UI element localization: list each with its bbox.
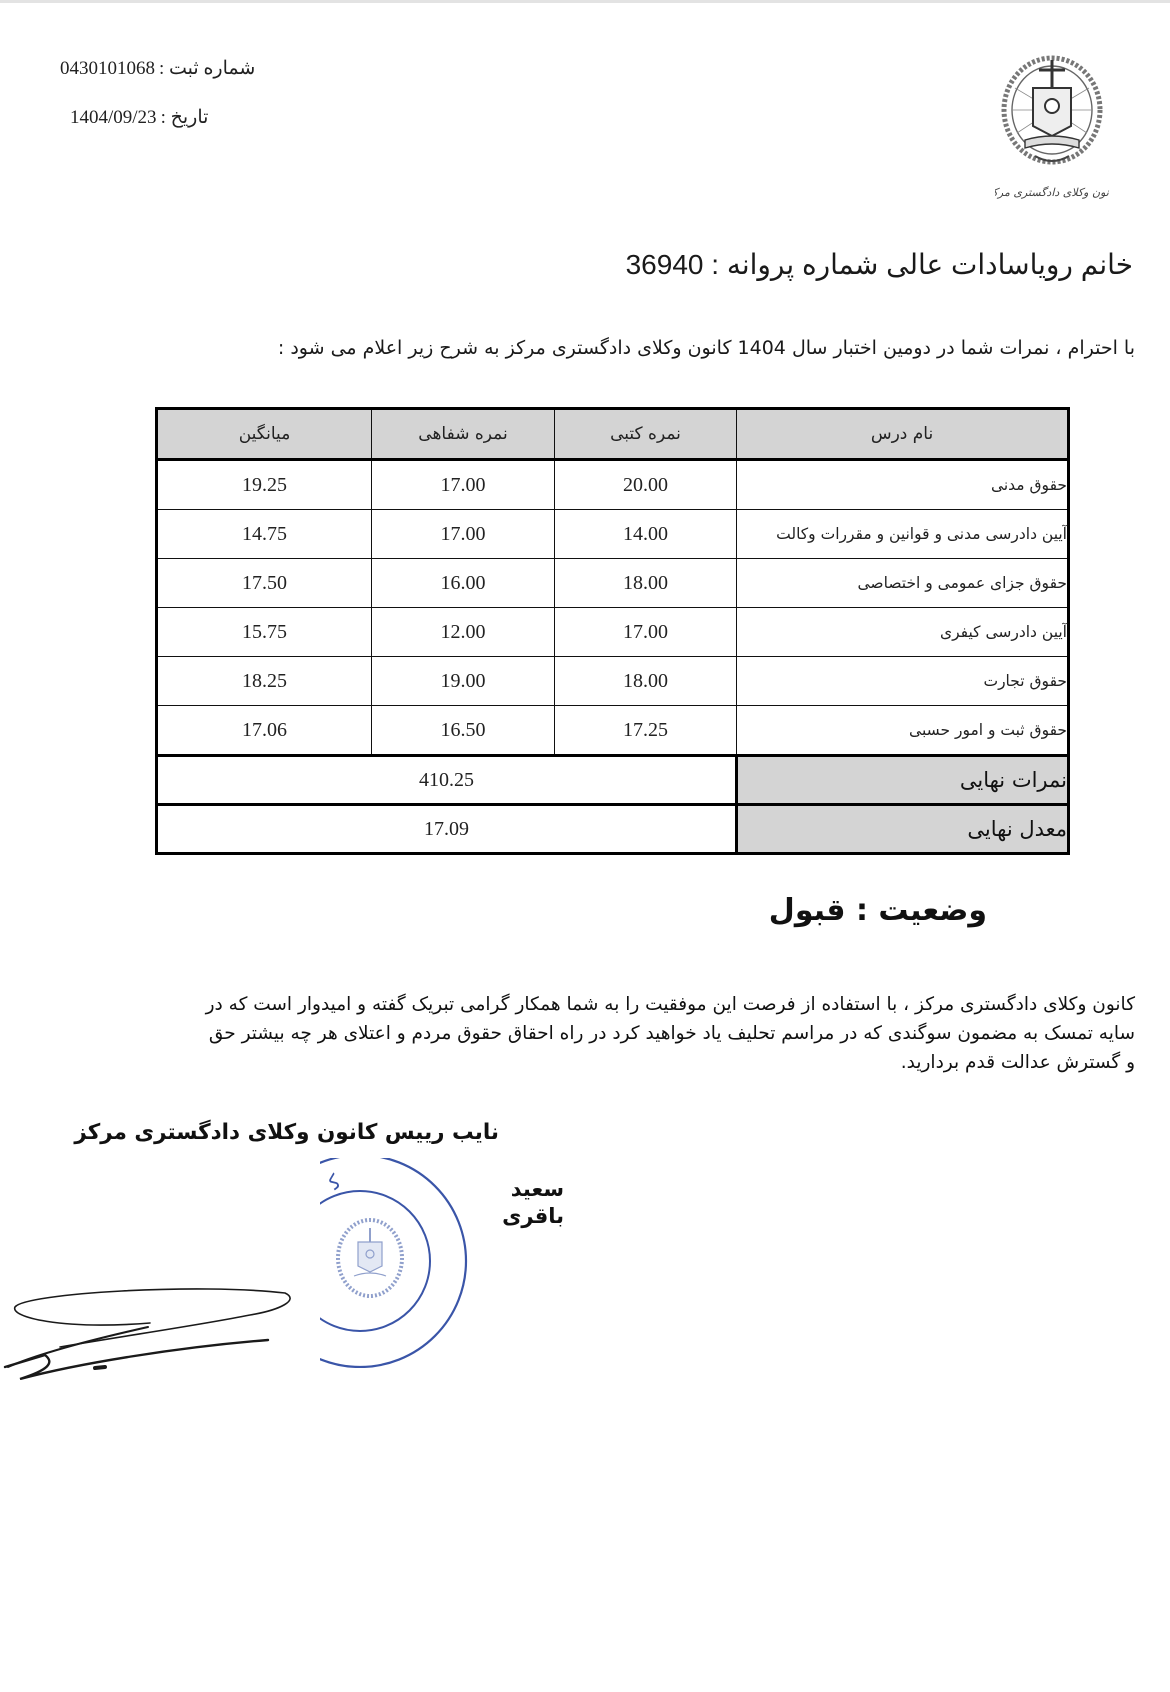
subject-cell: حقوق جزای عمومی و اختصاصی (737, 559, 1069, 608)
signatory-last-name: باقری (492, 1203, 564, 1230)
subject-cell: حقوق ثبت و امور حسبی (737, 706, 1069, 756)
written-score-cell: 14.00 (555, 510, 737, 559)
subject-cell: حقوق تجارت (737, 657, 1069, 706)
average-score-cell: 15.75 (157, 608, 372, 657)
table-row: حقوق تجارت 18.00 19.00 18.25 (157, 657, 1069, 706)
stamp-text: کانون وکلای دادگستری (320, 1158, 346, 1195)
column-header-oral: نمره شفاهی (372, 409, 555, 460)
average-score-cell: 17.50 (157, 559, 372, 608)
subject-cell: آیین دادرسی کیفری (737, 608, 1069, 657)
logo-caption: کانون وکلای دادگستری مرکز (995, 186, 1110, 199)
date-label: تاریخ : (161, 107, 209, 128)
final-average-value: 17.09 (157, 805, 737, 854)
written-score-cell: 20.00 (555, 460, 737, 510)
grades-table: نام درس نمره کتبی نمره شفاهی میانگین حقو… (155, 407, 1070, 855)
oral-score-cell: 16.50 (372, 706, 555, 756)
registration-number-line: شماره ثبت :0430101068 (60, 57, 270, 80)
handwritten-signature-icon (0, 1255, 300, 1380)
oral-score-cell: 17.00 (372, 510, 555, 559)
total-score-row: نمرات نهایی 410.25 (157, 756, 1069, 805)
paragraph-line: کانون وکلای دادگستری مرکز ، با استفاده ا… (20, 990, 1135, 1019)
oral-score-cell: 17.00 (372, 460, 555, 510)
paragraph-line: و گسترش عدالت قدم بردارید. (20, 1048, 1135, 1077)
written-score-cell: 18.00 (555, 559, 737, 608)
written-score-cell: 18.00 (555, 657, 737, 706)
average-score-cell: 18.25 (157, 657, 372, 706)
date-value: 1404/09/23 (70, 107, 157, 128)
congratulation-paragraph: کانون وکلای دادگستری مرکز ، با استفاده ا… (20, 990, 1135, 1077)
paragraph-line: سایه تمسک به مضمون سوگندی که در مراسم تح… (20, 1019, 1135, 1048)
bar-association-emblem-icon: کانون وکلای دادگستری مرکز (995, 48, 1110, 208)
average-score-cell: 17.06 (157, 706, 372, 756)
table-header-row: نام درس نمره کتبی نمره شفاهی میانگین (157, 409, 1069, 460)
total-score-label: نمرات نهایی (737, 756, 1069, 805)
oral-score-cell: 16.00 (372, 559, 555, 608)
final-average-row: معدل نهایی 17.09 (157, 805, 1069, 854)
table-row: حقوق جزای عمومی و اختصاصی 18.00 16.00 17… (157, 559, 1069, 608)
registration-number: 0430101068 (60, 58, 155, 79)
subject-cell: حقوق مدنی (737, 460, 1069, 510)
signatory-first-name: سعید (492, 1176, 564, 1203)
date-line: تاریخ :1404/09/23 (70, 106, 230, 129)
table-row: آیین دادرسی مدنی و قوانین و مقررات وکالت… (157, 510, 1069, 559)
svg-text:کانون وکلای دادگستری: کانون وکلای دادگستری (320, 1158, 346, 1195)
official-stamp-icon: کانون وکلای دادگستری (320, 1158, 480, 1368)
intro-paragraph: با احترام ، نمرات شما در دومین اختبار سا… (278, 337, 1135, 359)
status-badge: وضعیت : قبول (769, 893, 987, 928)
oral-score-cell: 19.00 (372, 657, 555, 706)
table-row: آیین دادرسی کیفری 17.00 12.00 15.75 (157, 608, 1069, 657)
registration-label: شماره ثبت : (159, 58, 255, 79)
written-score-cell: 17.25 (555, 706, 737, 756)
written-score-cell: 17.00 (555, 608, 737, 657)
subject-cell: آیین دادرسی مدنی و قوانین و مقررات وکالت (737, 510, 1069, 559)
column-header-written: نمره کتبی (555, 409, 737, 460)
average-score-cell: 14.75 (157, 510, 372, 559)
signatory-name: سعید باقری (492, 1176, 564, 1230)
average-score-cell: 19.25 (157, 460, 372, 510)
addressee-title: خانم رویاسادات عالی شماره پروانه : 36940 (626, 248, 1133, 281)
column-header-subject: نام درس (737, 409, 1069, 460)
column-header-average: میانگین (157, 409, 372, 460)
table-row: حقوق ثبت و امور حسبی 17.25 16.50 17.06 (157, 706, 1069, 756)
total-score-value: 410.25 (157, 756, 737, 805)
signatory-title: نایب رییس کانون وکلای دادگستری مرکز (64, 1120, 499, 1145)
final-average-label: معدل نهایی (737, 805, 1069, 854)
page-top-edge (0, 0, 1170, 3)
oral-score-cell: 12.00 (372, 608, 555, 657)
table-row: حقوق مدنی 20.00 17.00 19.25 (157, 460, 1069, 510)
